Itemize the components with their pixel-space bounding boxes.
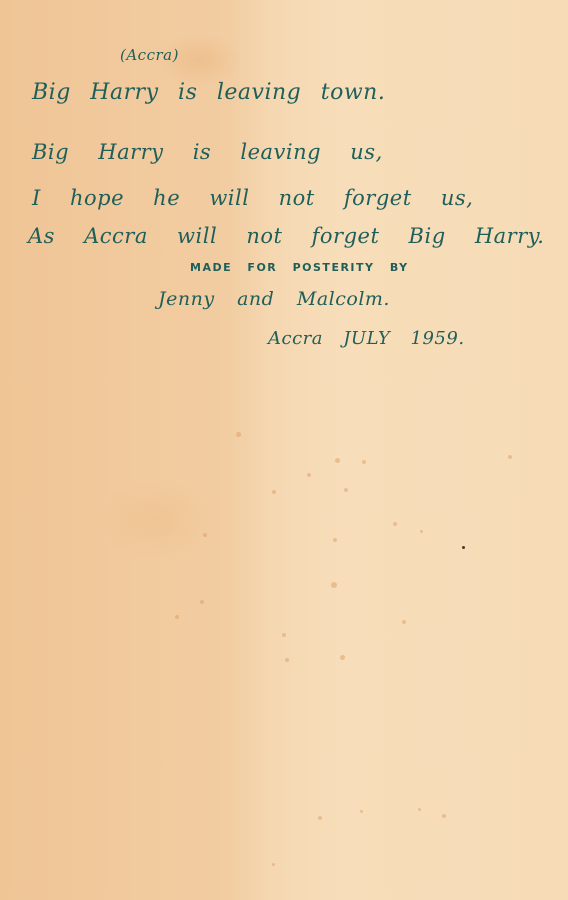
note-line-4: As Accra will not forget Big Harry. (28, 224, 545, 248)
aged-paper (0, 0, 568, 900)
note-line-3: I hope he will not forget us, (32, 186, 473, 210)
note-line-2: Big Harry is leaving us, (32, 140, 383, 164)
dedication-heading: MADE FOR POSTERITY BY (190, 261, 409, 274)
annotation-accra: (Accra) (120, 46, 179, 64)
signature-names: Jenny and Malcolm. (158, 288, 390, 310)
place-date: Accra JULY 1959. (268, 328, 465, 349)
note-line-1: Big Harry is leaving town. (32, 80, 385, 105)
